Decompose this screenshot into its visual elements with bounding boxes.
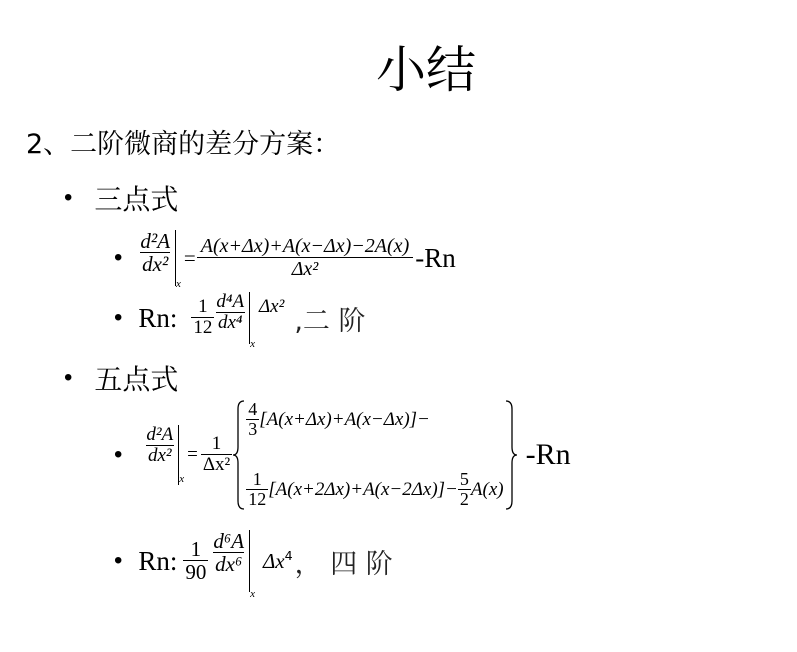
three-point-formula: • d²A dx² x = A(x+Δx)+A(x−Δx)−2A(x) Δx² … <box>114 230 456 286</box>
right-brace-icon <box>504 399 518 511</box>
remainder-term: -Rn <box>526 438 571 472</box>
bullet-icon: • <box>64 364 72 392</box>
lhs-derivative: d²A dx² <box>138 230 176 286</box>
three-point-item: • 三点式 <box>64 178 178 218</box>
three-point-label: 三点式 <box>94 178 178 218</box>
remainder-term: -Rn <box>415 243 456 274</box>
five-point-formula: • d²A dx² x = 1 Δx² 4 3 [A(x+Δx)+A(x−Δx)… <box>114 398 571 512</box>
left-brace-icon <box>232 399 246 511</box>
bullet-icon: • <box>114 304 122 332</box>
five-point-item: • 五点式 <box>64 358 178 398</box>
bullet-icon: • <box>64 184 72 212</box>
bullet-icon: • <box>114 244 122 272</box>
bullet-icon: • <box>114 547 122 575</box>
three-point-remainder: • Rn: 1 12 d⁴A dx⁴ x Δx² ,二 阶 <box>114 292 365 344</box>
eval-point: x <box>176 278 181 290</box>
five-point-label: 五点式 <box>94 358 178 398</box>
section-heading: 2、二阶微商的差分方案： <box>26 122 340 161</box>
brace-contents: 4 3 [A(x+Δx)+A(x−Δx)]− 1 12 [A(x+2Δx)+A(… <box>246 400 503 510</box>
bullet-icon: • <box>114 441 122 469</box>
slide-title: 小结 <box>0 30 797 102</box>
five-point-remainder: • Rn: 1 90 d⁶A dx⁶ x Δx4 ， 四 阶 <box>114 530 393 592</box>
rhs-fraction: A(x+Δx)+A(x−Δx)−2A(x) Δx² <box>199 236 411 280</box>
